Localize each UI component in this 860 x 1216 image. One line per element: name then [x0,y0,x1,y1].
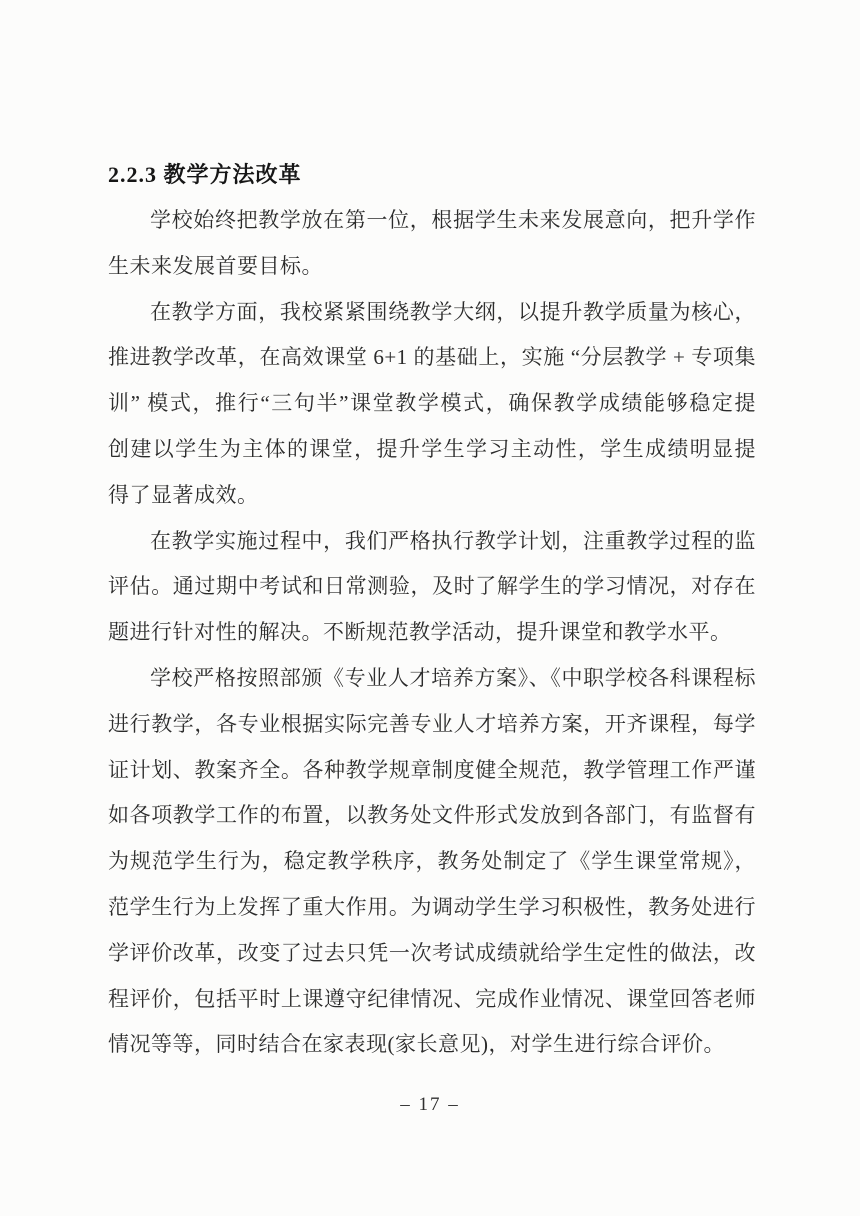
text-line: 得了显著成效。 [108,473,756,519]
page-number: – 17 – [0,1092,860,1118]
text-line: 创建以学生为主体的课堂，提升学生学习主动性，学生成绩明显提高，取 [108,427,756,473]
text-line: 在教学实施过程中，我们严格执行教学计划，注重教学过程的监控和 [108,519,756,565]
document-body: 2.2.3 教学方法改革 学校始终把教学放在第一位，根据学生未来发展意向，把升学… [108,152,756,1068]
paragraph: 在教学实施过程中，我们严格执行教学计划，注重教学过程的监控和评估。通过期中考试和… [108,519,756,656]
text-line: 题进行针对性的解决。不断规范教学活动，提升课堂和教学水平。 [108,610,756,656]
text-line: 推进教学改革，在高效课堂 6+1 的基础上，实施 “分层教学 + 专项集 [108,335,756,381]
text-line: 学评价改革，改变了过去只凭一次考试成绩就给学生定性的做法，改成过 [108,931,756,977]
text-line: 学校始终把教学放在第一位，根据学生未来发展意向，把升学作为学 [108,198,756,244]
section-heading: 2.2.3 教学方法改革 [108,152,756,198]
text-line: 范学生行为上发挥了重大作用。为调动学生学习积极性，教务处进行了教 [108,885,756,931]
text-line: 在教学方面，我校紧紧围绕教学大纲，以提升教学质量为核心，努力 [108,290,756,336]
text-line: 学校严格按照部颁《专业人才培养方案》、《中职学校各科课程标准》 [108,656,756,702]
text-line: 证计划、教案齐全。各种教学规章制度健全规范，教学管理工作严谨科学。 [108,748,756,794]
paragraph: 学校严格按照部颁《专业人才培养方案》、《中职学校各科课程标准》进行教学，各专业根… [108,656,756,1068]
text-line: 为规范学生行为，稳定教学秩序，教务处制定了《学生课堂常规》，在规 [108,839,756,885]
paragraphs-container: 学校始终把教学放在第一位，根据学生未来发展意向，把升学作为学生未来发展首要目标。… [108,198,756,1068]
text-line: 生未来发展首要目标。 [108,244,756,290]
text-line: 如各项教学工作的布置，以教务处文件形式发放到各部门，有监督有落实。 [108,793,756,839]
paragraph: 在教学方面，我校紧紧围绕教学大纲，以提升教学质量为核心，努力推进教学改革，在高效… [108,290,756,519]
paragraph: 学校始终把教学放在第一位，根据学生未来发展意向，把升学作为学生未来发展首要目标。 [108,198,756,290]
text-line: 评估。通过期中考试和日常测验，及时了解学生的学习情况，对存在的问 [108,564,756,610]
text-line: 程评价，包括平时上课遵守纪律情况、完成作业情况、课堂回答老师提问 [108,977,756,1023]
text-line: 训” 模式，推行“三句半”课堂教学模式，确保教学成绩能够稳定提升。 [108,381,756,427]
document-page: 2.2.3 教学方法改革 学校始终把教学放在第一位，根据学生未来发展意向，把升学… [0,0,860,1216]
text-line: 进行教学，各专业根据实际完善专业人才培养方案，开齐课程，每学期保 [108,702,756,748]
text-line: 情况等等，同时结合在家表现(家长意见)，对学生进行综合评价。 [108,1022,756,1068]
